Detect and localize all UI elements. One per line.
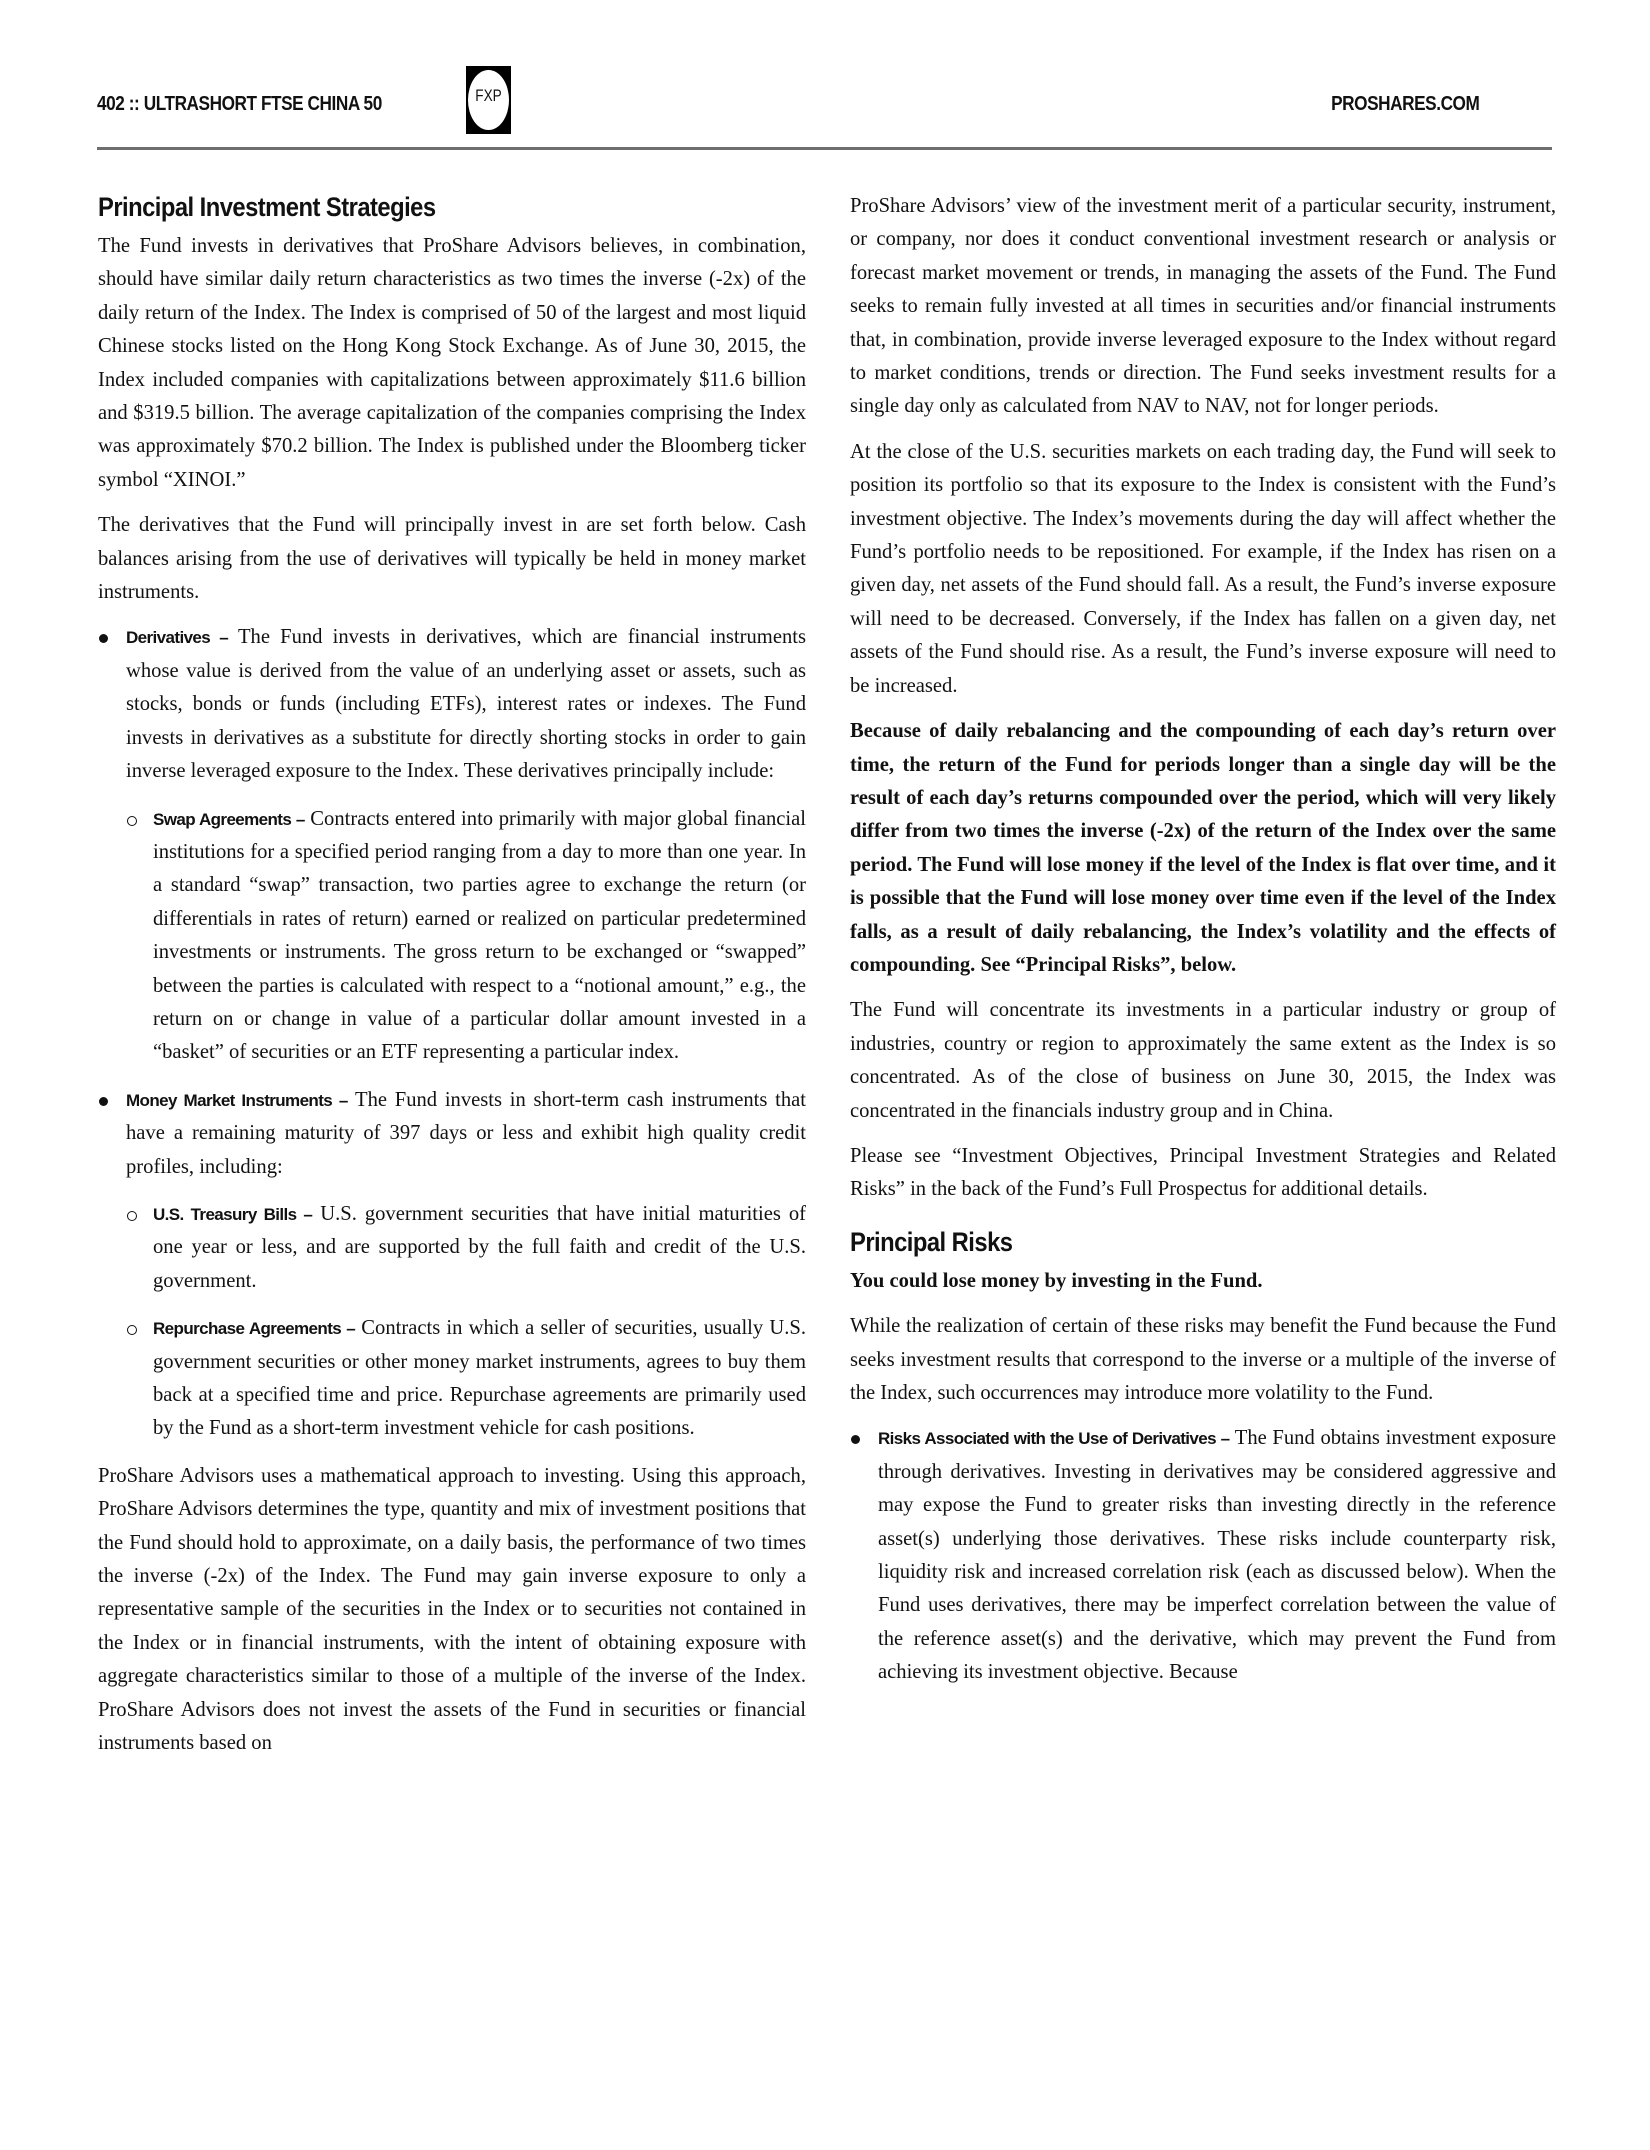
paragraph: ProShare Advisors uses a mathematical ap… (98, 1460, 806, 1761)
paragraph: The Fund will concentrate its investment… (850, 994, 1556, 1128)
left-column: Principal Investment Strategies The Fund… (98, 190, 806, 1772)
list-item-money-market: Money Market Instruments – The Fund inve… (98, 1084, 806, 1446)
list-item-term: Risks Associated with the Use of Derivat… (878, 1429, 1229, 1448)
section-heading-risks: Principal Risks (850, 1225, 1471, 1259)
paragraph: ProShare Advisors’ view of the investmen… (850, 190, 1556, 424)
sub-item-term: Swap Agreements – (153, 810, 305, 829)
sub-list: U.S. Treasury Bills – U.S. government se… (126, 1198, 806, 1446)
sub-item-term: U.S. Treasury Bills – (153, 1205, 312, 1224)
header-divider (97, 147, 1552, 150)
list-item-derivatives-risk: Risks Associated with the Use of Derivat… (850, 1422, 1556, 1689)
site-url: PROSHARES.COM (1331, 93, 1479, 116)
paragraph: The derivatives that the Fund will princ… (98, 509, 806, 609)
section-heading-strategies: Principal Investment Strategies (98, 190, 721, 224)
sub-list: Swap Agreements – Contracts entered into… (126, 803, 806, 1070)
list-item-term: Derivatives – (126, 628, 228, 647)
risks-subheading: You could lose money by investing in the… (850, 1265, 1556, 1298)
paragraph: Please see “Investment Objectives, Princ… (850, 1140, 1556, 1207)
page-header: 402 :: ULTRASHORT FTSE CHINA 50 FXP PROS… (0, 0, 1650, 160)
ticker-symbol: FXP (471, 86, 507, 106)
sub-item-repurchase-agreements: Repurchase Agreements – Contracts in whi… (126, 1312, 806, 1446)
list-item-text: The Fund obtains investment exposure thr… (878, 1427, 1556, 1683)
strategy-list: Derivatives – The Fund invests in deriva… (98, 621, 806, 1445)
list-item-derivatives: Derivatives – The Fund invests in deriva… (98, 621, 806, 1069)
paragraph: While the realization of certain of thes… (850, 1310, 1556, 1410)
bold-warning-paragraph: Because of daily rebalancing and the com… (850, 715, 1556, 982)
risk-list: Risks Associated with the Use of Derivat… (850, 1422, 1556, 1689)
list-item-term: Money Market Instruments – (126, 1091, 348, 1110)
page-number-title: 402 :: ULTRASHORT FTSE CHINA 50 (97, 93, 382, 116)
sub-item-swap-agreements: Swap Agreements – Contracts entered into… (126, 803, 806, 1070)
sub-item-treasury-bills: U.S. Treasury Bills – U.S. government se… (126, 1198, 806, 1298)
paragraph: The Fund invests in derivatives that Pro… (98, 230, 806, 497)
ticker-badge: FXP (466, 66, 511, 134)
paragraph: At the close of the U.S. securities mark… (850, 436, 1556, 703)
sub-item-text: Contracts entered into primarily with ma… (153, 808, 806, 1064)
sub-item-term: Repurchase Agreements – (153, 1319, 355, 1338)
right-column: ProShare Advisors’ view of the investmen… (850, 190, 1556, 1702)
list-item-text: The Fund invests in derivatives, which a… (126, 626, 806, 782)
